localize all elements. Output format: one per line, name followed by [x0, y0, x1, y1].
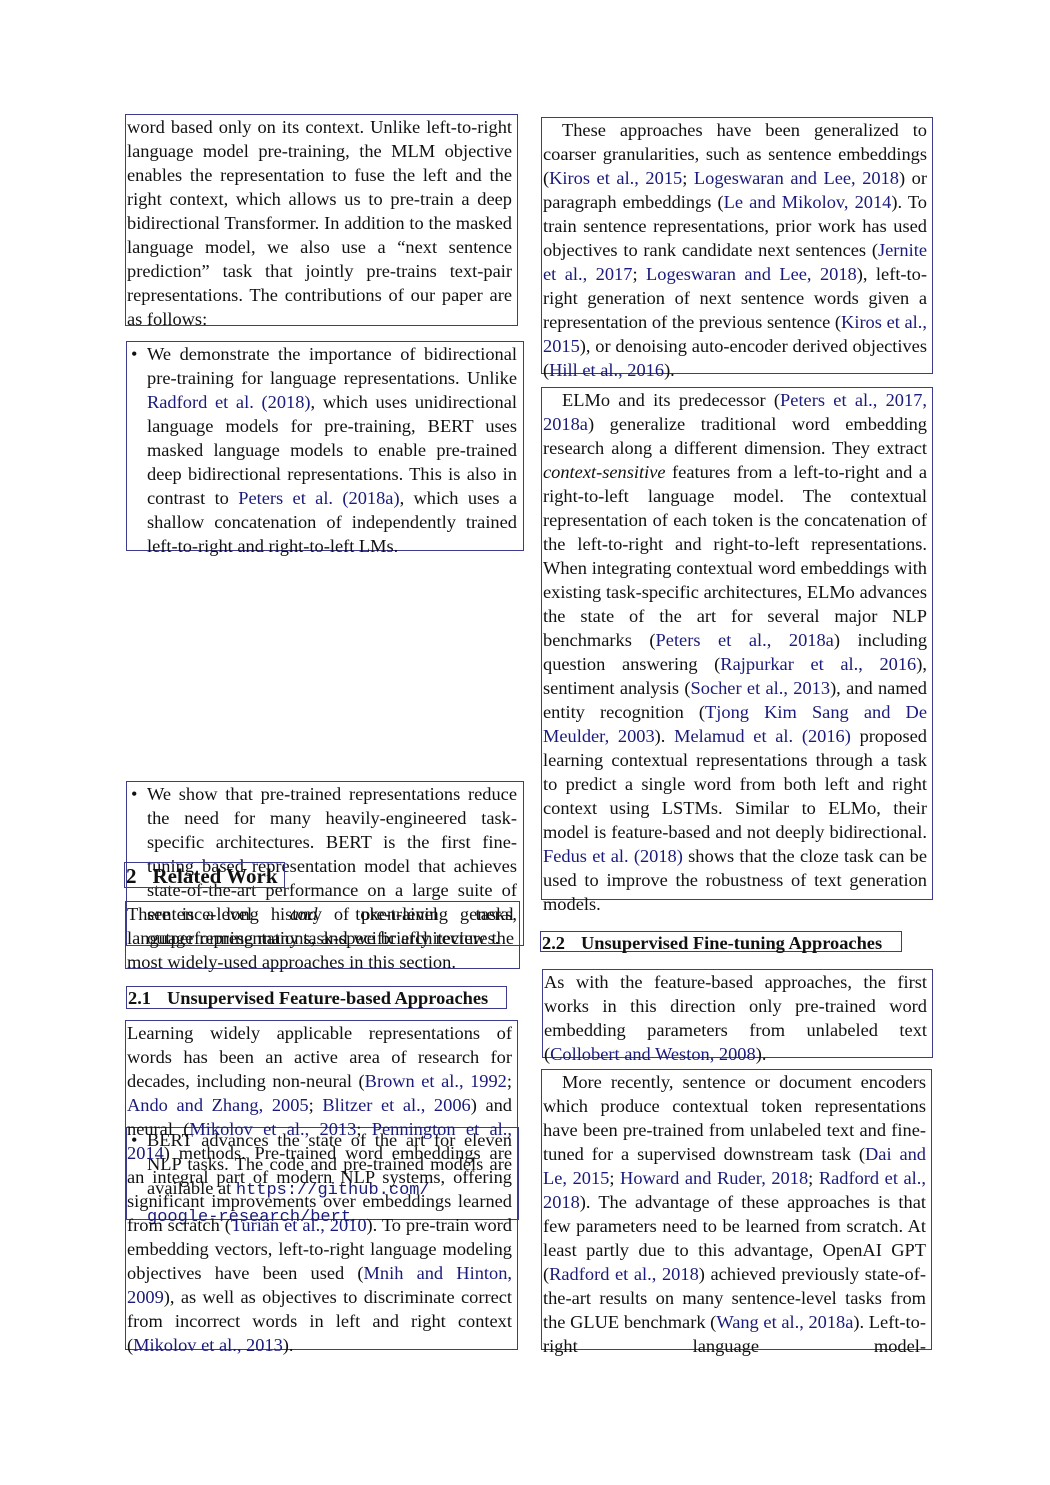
subsection-heading-2-2: 2.2Unsupervised Fine-tuning Approaches [540, 931, 902, 952]
paragraph-text: ). [756, 1044, 767, 1064]
intro-paragraph: word based only on its context. Unlike l… [125, 114, 518, 326]
citation-link[interactable]: Socher et al., 2013 [691, 678, 831, 698]
citation-link[interactable]: Rajpurkar et al., 2016 [720, 654, 916, 674]
paragraph-text: ). [283, 1335, 294, 1355]
separator: ; [356, 1119, 371, 1139]
citation-link[interactable]: Wang et al., 2018a [716, 1312, 853, 1332]
paragraph-text: ) generalize traditional word embedding … [543, 414, 927, 458]
citation-link[interactable]: Ando and Zhang, 2005 [127, 1095, 309, 1115]
citation-link[interactable]: Blitzer et al., 2006 [322, 1095, 470, 1115]
citation-link[interactable]: Mikolov et al., 2013 [189, 1119, 356, 1139]
citation-link[interactable]: Radford et al. (2018) [147, 392, 311, 412]
contribution-item-1: • We demonstrate the importance of bidir… [126, 341, 524, 551]
section-title: Unsupervised Feature-based Approaches [167, 988, 488, 1008]
citation-link[interactable]: Le and Mikolov, 2014 [724, 192, 892, 212]
paragraph-text: ). [664, 360, 675, 380]
citation-link[interactable]: Peters et al., 2018a [656, 630, 834, 650]
separator: ; [632, 264, 646, 284]
citation-link[interactable]: Hill et al., 2016 [549, 360, 664, 380]
section-number: 2 [126, 863, 137, 889]
citation-link[interactable]: Logeswaran and Lee, 2018 [694, 168, 899, 188]
intro-text: word based only on its context. Unlike l… [127, 117, 512, 329]
separator: ; [609, 1168, 620, 1188]
section-number: 2.2 [542, 932, 565, 954]
separator: ; [507, 1071, 512, 1091]
citation-link[interactable]: Logeswaran and Lee, 2018 [646, 264, 857, 284]
elmo-paragraph: ELMo and its predecessor (Peters et al.,… [541, 387, 933, 900]
bullet-icon: • [131, 782, 137, 806]
paragraph-text: There is a long history of pre-training … [127, 904, 514, 972]
citation-link[interactable]: Fedus et al. (2018) [543, 846, 683, 866]
citation-link[interactable]: Melamud et al. (2016) [674, 726, 851, 746]
citation-link[interactable]: Turian et al., 2010 [231, 1215, 367, 1235]
emphasis-text: context-sensitive [543, 462, 666, 482]
citation-link[interactable]: Mikolov et al., 2013 [133, 1335, 283, 1355]
paragraph-text: features from a left-to-right and a righ… [543, 462, 927, 650]
fine-tuning-para-1: As with the feature-based approaches, th… [542, 969, 933, 1058]
section-heading-related-work: 2Related Work [124, 862, 285, 888]
paragraph-text: ). [655, 726, 674, 746]
contribution-text: We demonstrate the importance of bidirec… [147, 344, 517, 388]
citation-link[interactable]: Kiros et al., 2015 [549, 168, 682, 188]
subsection-heading-2-1: 2.1Unsupervised Feature-based Approaches [126, 986, 507, 1009]
section-title: Related Work [153, 864, 278, 888]
related-work-intro: There is a long history of pre-training … [125, 901, 520, 969]
citation-link[interactable]: Collobert and Weston, 2008 [550, 1044, 756, 1064]
separator: ; [309, 1095, 323, 1115]
feature-based-paragraph: Learning widely applicable representatio… [125, 1020, 518, 1350]
paragraph-text: ELMo and its predecessor ( [562, 390, 780, 410]
citation-link[interactable]: Radford et al., 2018 [549, 1264, 699, 1284]
citation-link[interactable]: Howard and Ruder, 2018 [620, 1168, 808, 1188]
citation-link[interactable]: Peters et al. (2018a) [238, 488, 399, 508]
separator: ; [808, 1168, 819, 1188]
generalized-approaches-paragraph: These approaches have been generalized t… [541, 117, 933, 374]
separator: ; [682, 168, 694, 188]
citation-link[interactable]: Brown et al., 1992 [365, 1071, 507, 1091]
fine-tuning-para-2: More recently, sentence or document enco… [541, 1069, 932, 1350]
section-number: 2.1 [128, 987, 151, 1009]
bullet-icon: • [131, 342, 137, 366]
section-title: Unsupervised Fine-tuning Approaches [581, 933, 882, 953]
